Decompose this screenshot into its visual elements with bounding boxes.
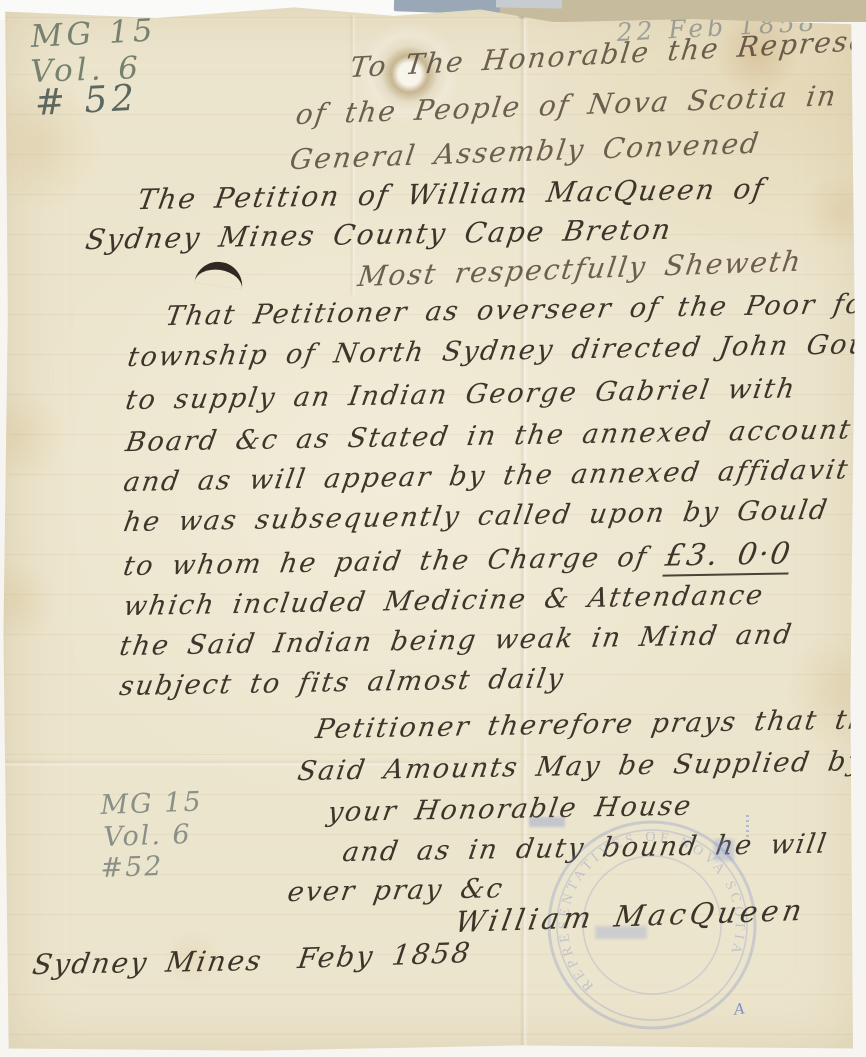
address-line: of the People of Nova Scotia in xyxy=(294,82,839,129)
body-line: That Petitioner as overseer of the Poor … xyxy=(164,291,866,331)
blue-dotted-mark xyxy=(746,815,749,839)
place-line: Sydney Mines xyxy=(31,947,265,979)
document-scan: MG 15 Vol. 6 # 52 22 Feb 1858 To The Hon… xyxy=(0,0,866,1057)
body-line: subject to fits almost daily xyxy=(118,665,567,700)
body-line: he was subsequently called upon by Gould xyxy=(122,497,831,536)
gray-tab xyxy=(496,0,562,9)
body-line: Board &c as Stated in the annexed accoun… xyxy=(124,416,854,456)
petition-intro-line: The Petition of William MacQueen of xyxy=(136,175,768,214)
date-line: Feby 1858 xyxy=(296,939,473,973)
body-line: township of North Sydney directed John G… xyxy=(126,331,866,372)
body-line: and as will appear by the annexed affida… xyxy=(122,456,852,496)
pen-flourish xyxy=(194,258,245,289)
prayer-line: ever pray &c xyxy=(286,875,506,906)
body-line: which included Medicine & Attendance xyxy=(122,582,767,620)
archival-ref-top-line1: MG 15 xyxy=(30,15,157,53)
petition-paper: MG 15 Vol. 6 # 52 22 Feb 1858 To The Hon… xyxy=(0,0,866,1057)
prayer-line: Petitioner therefore prays that the xyxy=(314,706,866,743)
blue-letter-mark: A xyxy=(733,999,746,1018)
archival-ref-bottom-line2: Vol. 6 xyxy=(103,821,192,851)
blue-ink-smudge xyxy=(714,839,734,861)
address-line: To The Honorable the Representatives xyxy=(349,20,866,82)
blue-ink-smudge xyxy=(529,817,565,827)
archival-ref-top-line3: # 52 xyxy=(34,81,139,122)
archival-ref-bottom-line3: #52 xyxy=(100,853,164,882)
archival-ref-bottom-line1: MG 15 xyxy=(100,788,203,819)
body-line: to supply an Indian George Gabriel with xyxy=(124,375,798,414)
salutation: Most respectfully Sheweth xyxy=(356,247,804,291)
charge-amount: £3. 0·0 xyxy=(662,536,794,576)
prayer-line: Said Amounts May be Supplied by xyxy=(296,748,866,785)
charge-line-text: to whom he paid the Charge of xyxy=(121,542,668,583)
charge-line: to whom he paid the Charge of £3. 0·0 xyxy=(121,539,794,581)
address-line: General Assembly Convened xyxy=(288,130,762,175)
petition-intro-line: Sydney Mines County Cape Breton xyxy=(84,216,675,254)
body-line: the Said Indian being weak in Mind and xyxy=(118,621,795,660)
